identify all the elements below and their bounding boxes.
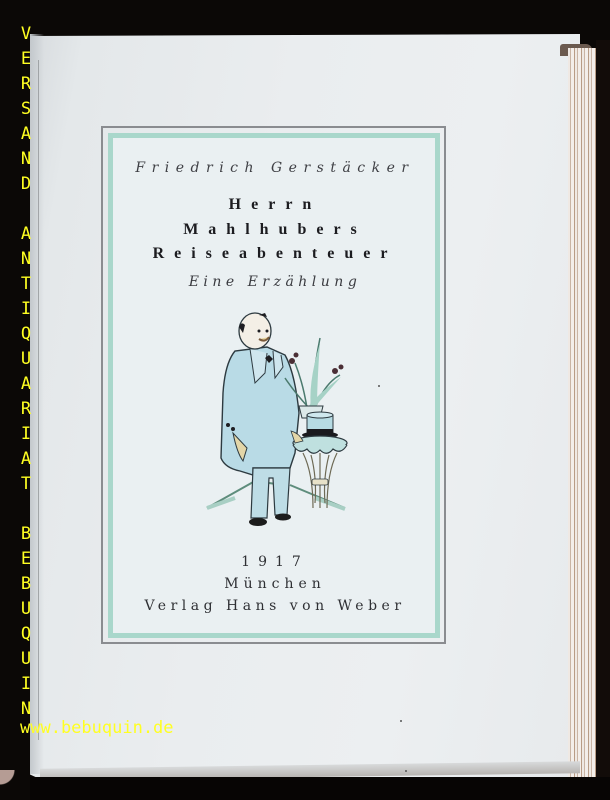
- watermark-letter: A: [18, 447, 34, 472]
- man-with-hat-illustration: [195, 303, 360, 538]
- watermark-letter: D: [18, 172, 34, 197]
- watermark-letter: A: [18, 372, 34, 397]
- watermark-letter: U: [18, 347, 34, 372]
- watermark-letter: N: [18, 147, 34, 172]
- title-line-3: Reiseabenteuer: [110, 245, 440, 263]
- page-fore-edge: [568, 48, 598, 790]
- watermark-vertical-text: V E R S A N D A N T I Q U A R I A T B E …: [18, 22, 34, 722]
- watermark-letter: S: [18, 97, 34, 122]
- watermark-letter: U: [18, 597, 34, 622]
- watermark-letter: V: [18, 22, 34, 47]
- publication-city: München: [110, 576, 440, 592]
- watermark-letter: R: [18, 72, 34, 97]
- watermark-letter: I: [18, 297, 34, 322]
- cover-corner-bottom: [0, 770, 40, 800]
- publisher-name: Verlag Hans von Weber: [110, 598, 440, 614]
- gutter-line: [38, 60, 39, 740]
- watermark-letter: Q: [18, 322, 34, 347]
- background-bottom: [30, 777, 610, 800]
- watermark-letter: T: [18, 472, 34, 497]
- background-right: [596, 40, 610, 800]
- watermark-letter: U: [18, 647, 34, 672]
- watermark-letter: I: [18, 422, 34, 447]
- watermark-letter: A: [18, 222, 34, 247]
- watermark-letter: B: [18, 572, 34, 597]
- watermark-letter: E: [18, 547, 34, 572]
- title-line-2: Mahlhubers: [110, 221, 440, 239]
- watermark-letter: N: [18, 247, 34, 272]
- title-line-1: Herrn: [110, 196, 440, 214]
- watermark-letter: A: [18, 122, 34, 147]
- watermark-letter: T: [18, 272, 34, 297]
- watermark-letter: R: [18, 397, 34, 422]
- watermark-letter: [18, 197, 34, 222]
- watermark-letter: B: [18, 522, 34, 547]
- author-name: Friedrich Gerstäcker: [110, 160, 440, 176]
- subtitle: Eine Erzählung: [110, 274, 440, 290]
- paper-speck: [405, 770, 407, 772]
- watermark-letter: Q: [18, 622, 34, 647]
- paper-speck: [378, 385, 380, 387]
- paper-speck: [400, 720, 402, 722]
- watermark-letter: E: [18, 47, 34, 72]
- watermark-url: www.bebuquin.de: [20, 718, 174, 738]
- watermark-letter: [18, 497, 34, 522]
- publication-year: 1917: [110, 554, 440, 570]
- watermark-letter: I: [18, 672, 34, 697]
